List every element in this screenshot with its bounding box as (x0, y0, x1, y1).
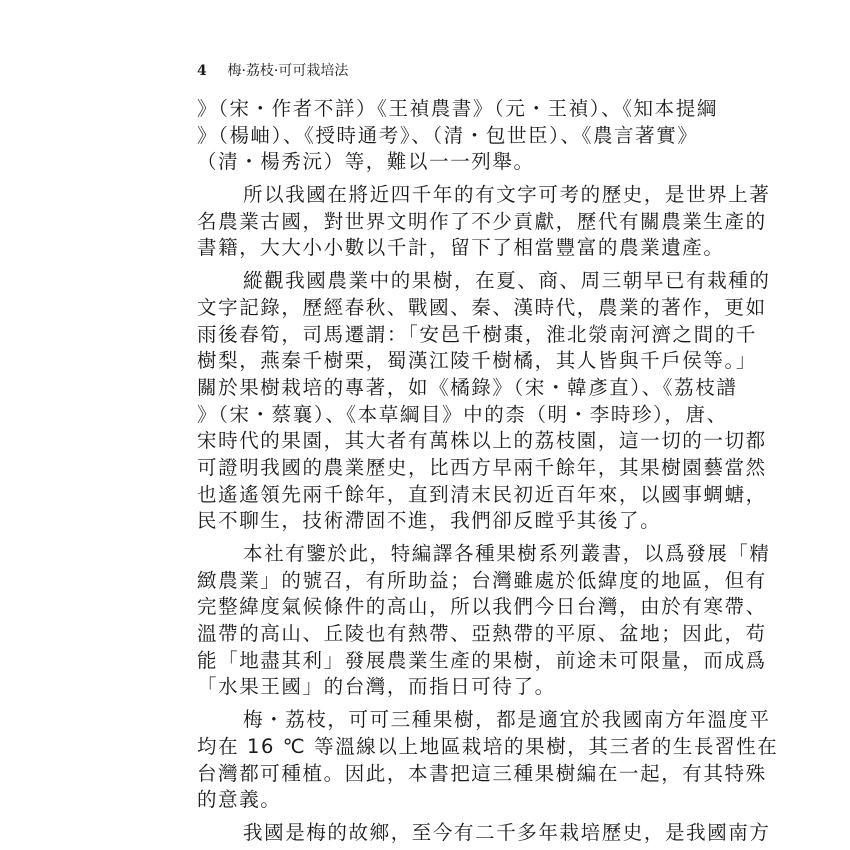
text-line: 民不聊生，技術滯固不進，我們卻反瞠乎其後了。 (197, 508, 657, 535)
book-page: 4 梅·荔枝·可可栽培法 》（宋・作者不詳）《王禎農書》（元・王禎）、《知本提綱… (197, 60, 657, 847)
paragraph: 我國是梅的故鄉，至今有二千多年栽培歷史，是我國南方 (197, 820, 657, 847)
text-line: 也遙遙領先兩千餘年，直到清末民初近百年來，以國事蜩螗， (197, 482, 657, 509)
text-line: 均在 16 ℃ 等溫線以上地區栽培的果樹，其三者的生長習性在 (197, 734, 657, 761)
text-line: 我國是梅的故鄉，至今有二千多年栽培歷史，是我國南方 (197, 820, 657, 847)
page-number: 4 (197, 60, 223, 82)
body-text: 》（宋・作者不詳）《王禎農書》（元・王禎）、《知本提綱 》（楊岫）、《授時通考》… (197, 96, 657, 847)
text-line: 溫帶的高山、丘陵也有熱帶、亞熱帶的平原、盆地；因此，苟 (197, 621, 657, 648)
text-line: 所以我國在將近四千年的有文字可考的歷史，是世界上著 (197, 182, 657, 209)
running-title: 梅·荔枝·可可栽培法 (227, 63, 348, 79)
text-line: 梅・荔枝，可可三種果樹，都是適宜於我國南方年溫度平 (197, 707, 657, 734)
text-line: 名農業古國，對世界文明作了不少貢獻，歷代有關農業生產的 (197, 209, 657, 236)
text-line: 宋時代的果園，其大者有萬株以上的荔枝園，這一切的一切都 (197, 428, 657, 455)
text-line: 》（楊岫）、《授時通考》、（清・包世臣）、《農言著實》 (197, 123, 657, 150)
text-line: 「水果王國」的台灣，而指日可待了。 (197, 674, 657, 701)
text-line: 完整緯度氣候條件的高山，所以我們今日台灣，由於有寒帶、 (197, 594, 657, 621)
text-line: 可證明我國的農業歷史，比西方早兩千餘年，其果樹園藝當然 (197, 455, 657, 482)
paragraph: 本社有鑒於此，特編譯各種果樹系列叢書，以爲發展「精 緻農業」的號召，有所助益；台… (197, 541, 657, 701)
text-line: 雨後春筍，司馬遷謂：「安邑千樹棗，淮北滎南河濟之間的千 (197, 322, 657, 349)
paragraph: 梅・荔枝，可可三種果樹，都是適宜於我國南方年溫度平 均在 16 ℃ 等溫線以上地… (197, 707, 657, 814)
text-line: （清・楊秀沅）等，難以一一列舉。 (197, 149, 657, 176)
text-line: 的意義。 (197, 787, 657, 814)
text-line: 縱觀我國農業中的果樹，在夏、商、周三朝早已有栽種的 (197, 268, 657, 295)
running-head: 4 梅·荔枝·可可栽培法 (197, 60, 657, 82)
paragraph: 》（宋・作者不詳）《王禎農書》（元・王禎）、《知本提綱 》（楊岫）、《授時通考》… (197, 96, 657, 176)
text-line: 樹梨，燕秦千樹栗，蜀漢江陵千樹橘，其人皆與千戶侯等。」 (197, 348, 657, 375)
text-line: 書籍，大大小小數以千計，留下了相當豐富的農業遺產。 (197, 235, 657, 262)
paragraph: 所以我國在將近四千年的有文字可考的歷史，是世界上著 名農業古國，對世界文明作了不… (197, 182, 657, 262)
text-line: 》（宋・蔡襄）、《本草綱目》中的柰（明・李時珍），唐、 (197, 402, 657, 429)
text-line: 關於果樹栽培的專著，如《橘錄》（宋・韓彥直）、《荔枝譜 (197, 375, 657, 402)
text-line: 》（宋・作者不詳）《王禎農書》（元・王禎）、《知本提綱 (197, 96, 657, 123)
text-line: 台灣都可種植。因此，本書把這三種果樹編在一起，有其特殊 (197, 761, 657, 788)
text-line: 能「地盡其利」發展農業生產的果樹，前途未可限量，而成爲 (197, 648, 657, 675)
text-line: 本社有鑒於此，特編譯各種果樹系列叢書，以爲發展「精 (197, 541, 657, 568)
paragraph: 縱觀我國農業中的果樹，在夏、商、周三朝早已有栽種的 文字記錄，歷經春秋、戰國、秦… (197, 268, 657, 535)
text-line: 緻農業」的號召，有所助益；台灣雖處於低緯度的地區，但有 (197, 568, 657, 595)
text-line: 文字記錄，歷經春秋、戰國、秦、漢時代，農業的著作，更如 (197, 295, 657, 322)
